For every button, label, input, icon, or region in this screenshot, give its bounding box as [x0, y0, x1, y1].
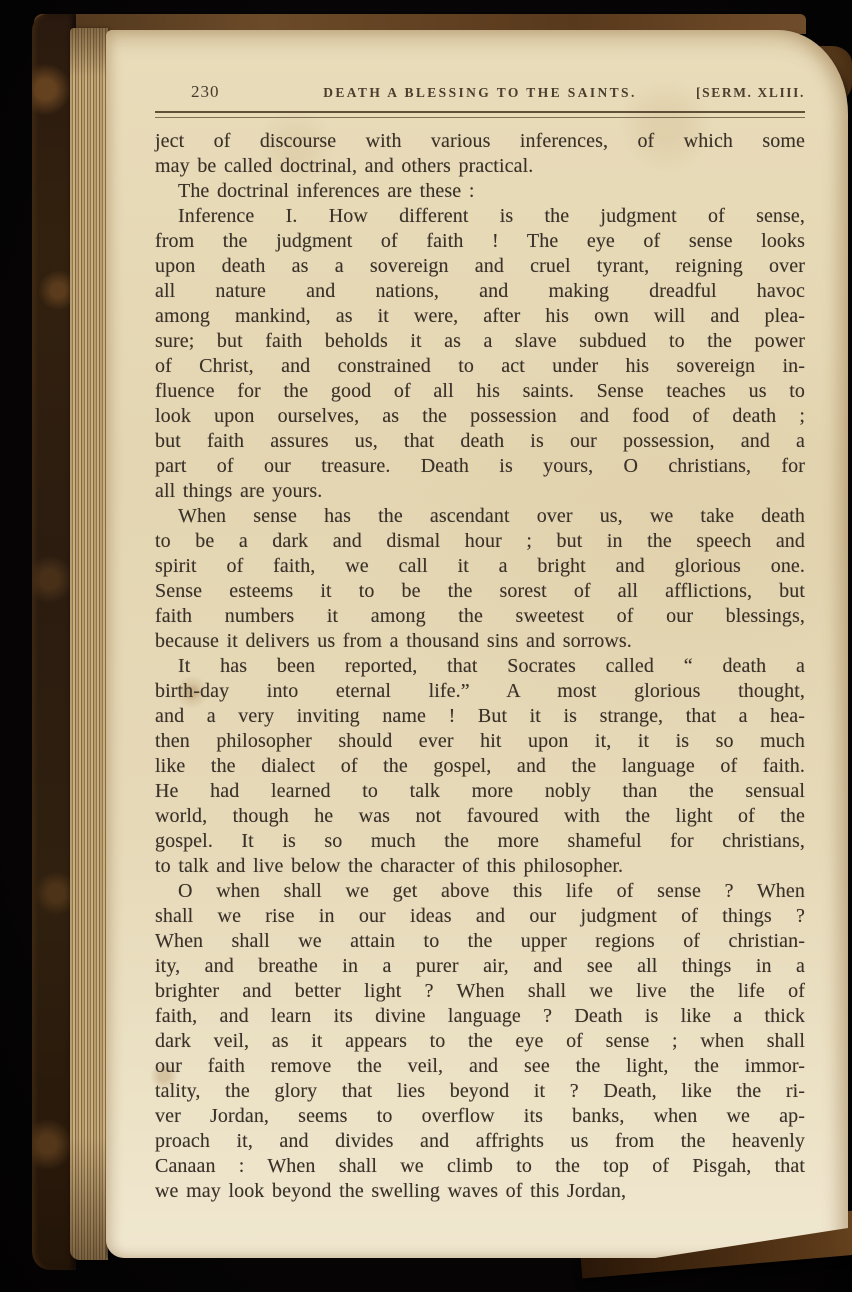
text-line: sure; but faith beholds it as a slave su…	[155, 329, 805, 354]
page-header: 230 DEATH A BLESSING TO THE SAINTS. [SER…	[155, 82, 805, 104]
text-line: Canaan : When shall we climb to the top …	[155, 1154, 805, 1179]
text-line: shall we rise in our ideas and our judgm…	[155, 904, 805, 929]
header-double-rule	[155, 111, 805, 118]
text-line: The doctrinal inferences are these :	[155, 179, 805, 204]
text-line: O when shall we get above this life of s…	[155, 879, 805, 904]
text-line: then philosopher should ever hit upon it…	[155, 729, 805, 754]
text-line: look upon ourselves, as the possession a…	[155, 404, 805, 429]
text-line: from the judgment of faith ! The eye of …	[155, 229, 805, 254]
section-label: [SERM. XLIII.	[696, 85, 805, 101]
text-line: Inference I. How different is the judgme…	[155, 204, 805, 229]
text-line: brighter and better light ? When shall w…	[155, 979, 805, 1004]
text-line: faith numbers it among the sweetest of o…	[155, 604, 805, 629]
text-line: our faith remove the veil, and see the l…	[155, 1054, 805, 1079]
text-line: all nature and nations, and making dread…	[155, 279, 805, 304]
text-line: all things are yours.	[155, 479, 805, 504]
text-line: faith, and learn its divine language ? D…	[155, 1004, 805, 1029]
text-line: but faith assures us, that death is our …	[155, 429, 805, 454]
text-line: birth-day into eternal life.” A most glo…	[155, 679, 805, 704]
text-line: of Christ, and constrained to act under …	[155, 354, 805, 379]
book-page: 230 DEATH A BLESSING TO THE SAINTS. [SER…	[106, 30, 848, 1258]
text-line: proach it, and divides and affrights us …	[155, 1129, 805, 1154]
text-line: among mankind, as it were, after his own…	[155, 304, 805, 329]
text-line: upon death as a sovereign and cruel tyra…	[155, 254, 805, 279]
text-line: we may look beyond the swelling waves of…	[155, 1179, 805, 1204]
text-line: because it delivers us from a thousand s…	[155, 629, 805, 654]
text-line: He had learned to talk more nobly than t…	[155, 779, 805, 804]
text-line: When sense has the ascendant over us, we…	[155, 504, 805, 529]
text-line: part of our treasure. Death is yours, O …	[155, 454, 805, 479]
page-body-text: ject of discourse with various inference…	[155, 129, 805, 1204]
text-line: to be a dark and dismal hour ; but in th…	[155, 529, 805, 554]
text-line: dark veil, as it appears to the eye of s…	[155, 1029, 805, 1054]
text-line: tality, the glory that lies beyond it ? …	[155, 1079, 805, 1104]
text-line: ity, and breathe in a purer air, and see…	[155, 954, 805, 979]
text-line: ject of discourse with various inference…	[155, 129, 805, 154]
text-line: spirit of faith, we call it a bright and…	[155, 554, 805, 579]
text-line: and a very inviting name ! But it is str…	[155, 704, 805, 729]
text-line: Sense esteems it to be the sorest of all…	[155, 579, 805, 604]
text-line: When shall we attain to the upper region…	[155, 929, 805, 954]
text-line: to talk and live below the character of …	[155, 854, 805, 879]
text-line: fluence for the good of all his saints. …	[155, 379, 805, 404]
text-line: It has been reported, that Socrates call…	[155, 654, 805, 679]
text-line: may be called doctrinal, and others prac…	[155, 154, 805, 179]
text-line: like the dialect of the gospel, and the …	[155, 754, 805, 779]
text-line: ver Jordan, seems to overflow its banks,…	[155, 1104, 805, 1129]
text-line: gospel. It is so much the more shameful …	[155, 829, 805, 854]
photo-background: 230 DEATH A BLESSING TO THE SAINTS. [SER…	[0, 0, 852, 1292]
text-line: world, though he was not favoured with t…	[155, 804, 805, 829]
page-fore-edges	[70, 28, 108, 1260]
